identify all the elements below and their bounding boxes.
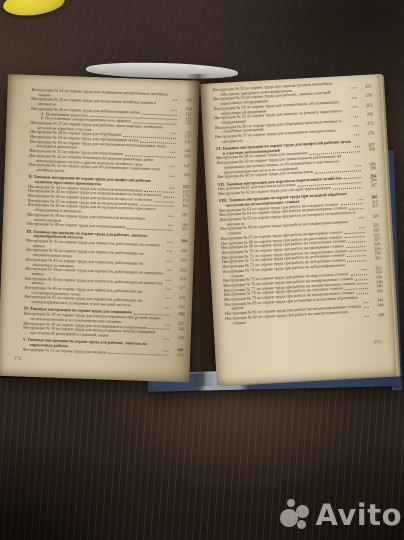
toc-entry-page-number: 348 xyxy=(371,313,384,318)
dot-leader xyxy=(165,298,170,299)
left-page: Инструкция № 24 по охране труда для зали… xyxy=(0,74,200,383)
dot-leader xyxy=(167,251,172,252)
avito-watermark-text: Avito xyxy=(315,501,402,530)
toc-entry-page-number: 187 xyxy=(175,213,188,218)
dot-leader xyxy=(171,133,176,134)
left-page-number: 372 xyxy=(14,355,21,360)
toc-entry-page-number: 258 xyxy=(359,94,372,99)
toc-entry-page-number: 288 xyxy=(363,167,376,172)
toc-entry-page-number: 317 xyxy=(365,205,378,210)
toc-entry-page-number: 201 xyxy=(175,227,188,232)
dot-leader xyxy=(166,289,171,290)
dot-leader xyxy=(170,166,175,167)
dot-leader xyxy=(170,152,175,153)
toc-entry-page-number: 331 xyxy=(368,256,381,261)
right-page: Инструкция № 52 по охране труда при окра… xyxy=(200,74,397,386)
dot-leader xyxy=(333,187,362,190)
dot-leader xyxy=(164,324,169,325)
toc-entry-page-number: 256 xyxy=(358,84,371,89)
toc-entry-page-number: 280 xyxy=(362,148,375,153)
dot-leader xyxy=(169,187,174,188)
toc-entry-page-number: 208 xyxy=(174,249,187,254)
dot-leader xyxy=(170,175,175,176)
right-page-toc: Инструкция № 52 по охране труда при окра… xyxy=(212,79,384,326)
dot-leader xyxy=(172,100,177,101)
dot-leader xyxy=(165,307,170,308)
dot-leader xyxy=(108,353,168,356)
dot-leader xyxy=(163,350,168,351)
avito-logo-icon xyxy=(280,499,310,532)
toc-entry-page-number: 320 xyxy=(366,214,379,219)
dot-leader xyxy=(167,242,172,243)
toc-entry-page-number: 242 xyxy=(171,326,184,331)
toc-entry-page-number: 272 xyxy=(360,122,373,127)
dot-leader xyxy=(168,216,173,217)
toc-entry-page-number: 212 xyxy=(173,267,186,272)
toc-entry-page-number: 219 xyxy=(172,296,185,301)
dot-leader xyxy=(364,316,369,317)
toc-entry-page-number: 214 xyxy=(173,277,186,282)
photo-scene: Инструкция № 24 по охране труда для зали… xyxy=(0,0,404,540)
open-book: Инструкция № 24 по охране труда для зали… xyxy=(0,0,404,540)
left-page-toc: Инструкция № 24 по охране труда для зали… xyxy=(22,88,192,358)
right-page-number: 373 xyxy=(374,339,381,344)
toc-entry-page-number: 232 xyxy=(172,312,185,317)
dot-leader xyxy=(315,170,361,174)
toc-entry-page-number: 253 xyxy=(170,352,183,357)
toc-entry-page-number: 222 xyxy=(172,305,185,310)
avito-watermark: Avito xyxy=(280,499,402,532)
dot-leader xyxy=(166,270,171,271)
toc-entry-page-number: 297 xyxy=(364,183,377,188)
dot-leader xyxy=(166,279,171,280)
toc-entry-page-number: 217 xyxy=(173,286,186,291)
toc-entry-page-number: 246 xyxy=(171,336,184,341)
toc-entry-page-number: 276 xyxy=(361,131,374,136)
dot-leader xyxy=(168,225,173,226)
toc-entry-page-number: 262 xyxy=(359,103,372,108)
toc-entry-page-number: 342 xyxy=(370,289,383,294)
dot-leader xyxy=(127,228,173,231)
dot-leader xyxy=(167,260,172,261)
dot-leader xyxy=(172,110,177,111)
toc-entry-page-number: 210 xyxy=(174,258,187,263)
toc-entry-text: Инструкция № 51 по охране труда для маля… xyxy=(22,347,106,355)
book-gutter-shadow xyxy=(186,74,214,386)
toc-entry-page-number: 268 xyxy=(360,112,373,117)
dot-leader xyxy=(164,338,169,339)
dot-leader xyxy=(354,135,359,136)
toc-entry-page-number: 204 xyxy=(174,239,187,244)
toc-entry-page-number: 346 xyxy=(371,303,384,308)
toc-entry-page-number: 181 xyxy=(175,204,188,209)
